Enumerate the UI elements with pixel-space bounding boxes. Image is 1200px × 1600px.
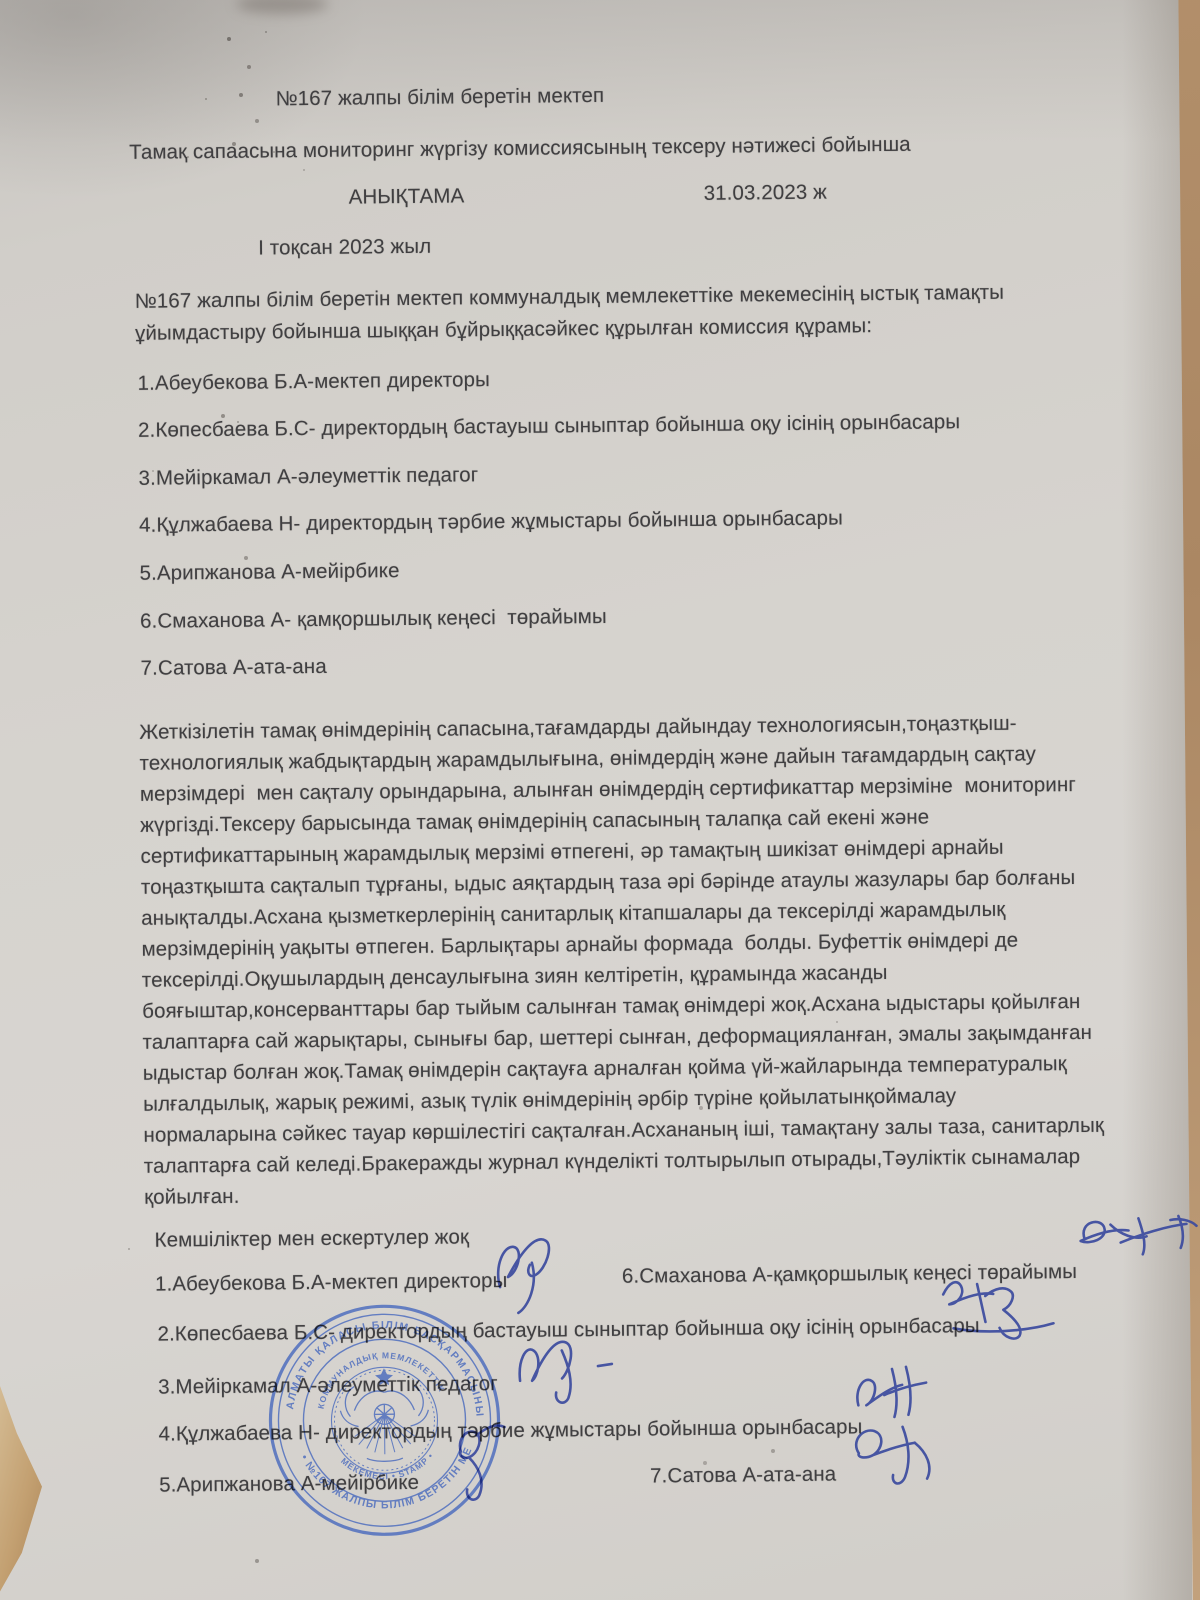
body-paragraph: Жеткізілетін тамақ өнімдерінің сапасына,…: [139, 707, 1105, 1213]
school-header: №167 жалпы білім беретін мектеп: [275, 80, 604, 114]
commission-member-5: 5.Арипжанова А-мейірбике: [139, 555, 399, 589]
signature-satova: [832, 1412, 945, 1495]
signature-abeubekova: [487, 1224, 563, 1315]
signature-kopesbaeva: [933, 1265, 1059, 1354]
signature-label-1: 1.Абеубекова Б.А-мектеп директоры: [155, 1265, 508, 1300]
commission-member-7: 7.Сатова А-ата-ана: [140, 651, 326, 684]
commission-member-6: 6.Смаханова А- қамқоршылық кеңесі төрайы…: [140, 601, 607, 637]
signature-smakhanova: [1050, 1210, 1200, 1270]
commission-member-2: 2.Көпесбаева Б.С- директордың бастауыш с…: [138, 406, 960, 446]
intro-paragraph: №167 жалпы білім беретін мектеп коммунал…: [135, 277, 1005, 350]
signature-meirkamal: [503, 1320, 622, 1409]
document-content: №167 жалпы білім беретін мектеп Тамақ са…: [0, 0, 1200, 1600]
signature-label-7: 7.Сатова А-ата-ана: [650, 1459, 836, 1492]
photographed-document: { "document": { "school_line": "№167 жал…: [0, 0, 1200, 1600]
signature-aripzhanova: [438, 1411, 519, 1507]
conclusion-line: Кемшіліктер мен ескертулер жоқ: [154, 1221, 469, 1255]
dust-specks: [0, 0, 2, 2]
document-title: АНЫҚТАМА: [349, 180, 465, 212]
commission-member-1: 1.Абеубекова Б.А-мектеп директоры: [137, 364, 490, 399]
report-subtitle: Тамақ сапаасына мониторинг жүргізу комис…: [129, 129, 911, 168]
commission-member-4: 4.Құлжабаева Н- директордың тәрбие жұмыс…: [139, 502, 843, 540]
document-date: 31.03.2023 ж: [703, 177, 827, 209]
svg-text:МЕКЕМЕСІ • STAMP •: МЕКЕМЕСІ • STAMP •: [339, 1450, 436, 1481]
stamp-emblem: [340, 1368, 429, 1462]
stamp-inner-bottom-text: МЕКЕМЕСІ • STAMP •: [339, 1450, 436, 1481]
quarter-line: І тоқсан 2023 жыл: [258, 231, 431, 264]
commission-member-3: 3.Мейіркамал А-әлеуметтік педагог: [138, 459, 478, 494]
